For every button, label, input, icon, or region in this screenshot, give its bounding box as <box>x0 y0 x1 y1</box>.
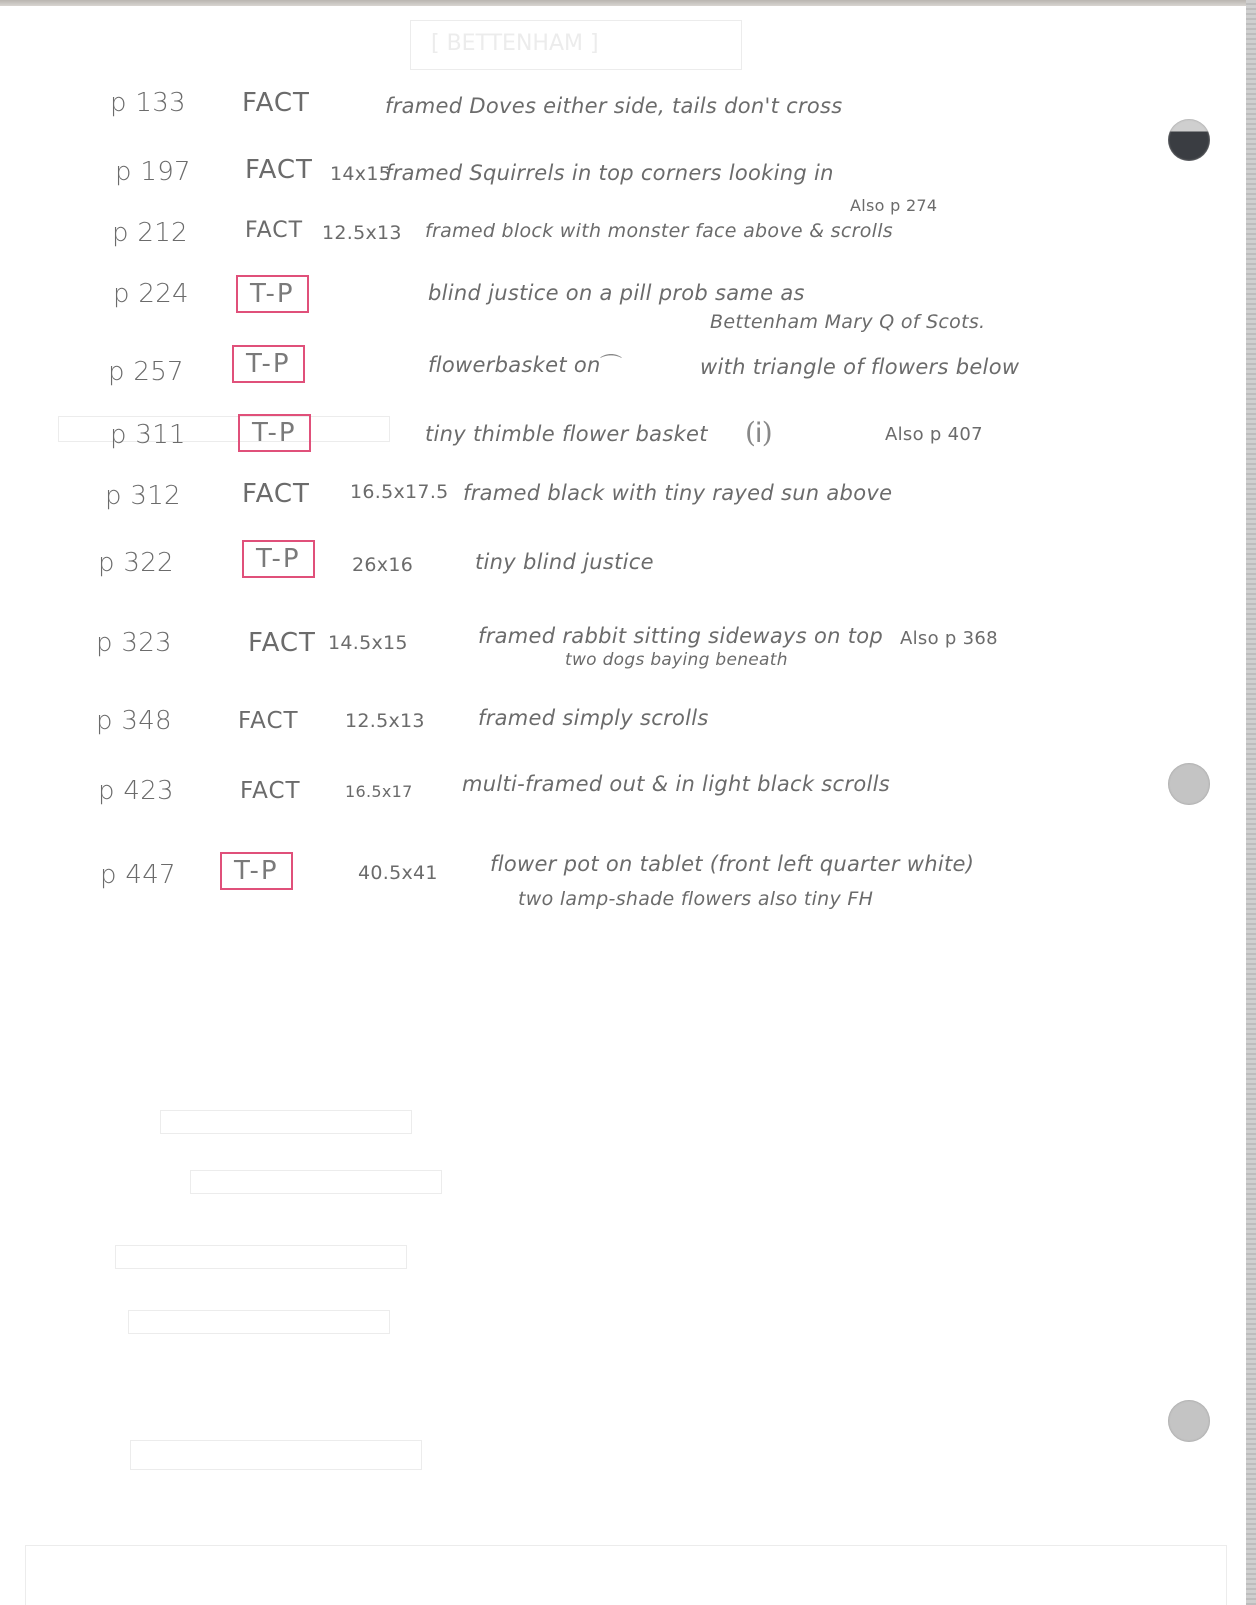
entry-page: p 257 <box>108 357 184 387</box>
entry-page: p 197 <box>115 157 191 187</box>
entry-type-tp-badge: T-P <box>242 540 315 578</box>
entry-row: p 133 FACT framed Doves either side, tai… <box>0 88 1256 148</box>
faint-title: [ BETTENHAM ] <box>431 31 599 56</box>
ghost-box <box>115 1245 407 1269</box>
entry-size: 16.5x17 <box>345 782 413 801</box>
entry-also: Also p 368 <box>900 628 998 649</box>
entry-type-tp-badge: T-P <box>232 345 305 383</box>
thimble-basket-sketch-icon: (Ꭵ) <box>745 416 773 450</box>
entry-description: blind justice on a pill prob same as <box>428 281 805 305</box>
entry-description: framed Doves either side, tails don't cr… <box>385 94 843 118</box>
entry-description: tiny blind justice <box>475 550 654 574</box>
entry-page: p 133 <box>110 88 186 118</box>
entry-description: flower pot on tablet (front left quarter… <box>490 852 974 876</box>
flowerbasket-sketch-icon: ⌒ <box>600 349 622 380</box>
entry-description-after: with triangle of flowers below <box>700 355 1019 379</box>
entry-description: framed simply scrolls <box>478 706 709 730</box>
entry-description: flowerbasket on <box>428 353 601 377</box>
entry-description-line2: two lamp-shade flowers also tiny FH <box>518 888 873 910</box>
entry-page: p 348 <box>96 706 172 736</box>
entry-row: p 311 T-P tiny thimble flower basket (Ꭵ)… <box>0 410 1256 470</box>
ghost-box <box>25 1545 1227 1605</box>
entry-row: p 312 FACT 16.5x17.5 framed black with t… <box>0 475 1256 535</box>
entry-type: FACT <box>240 778 301 804</box>
entry-type-tp-badge: T-P <box>220 852 293 890</box>
entry-row: p 197 FACT 14x15 framed Squirrels in top… <box>0 155 1256 215</box>
entry-type: FACT <box>238 708 299 734</box>
ghost-box <box>190 1170 442 1194</box>
entry-description: framed rabbit sitting sideways on top <box>478 624 883 648</box>
entry-page: p 423 <box>98 776 174 806</box>
entry-size: 14x15 <box>330 163 391 185</box>
faint-title-box: [ BETTENHAM ] <box>410 20 742 70</box>
entry-size: 12.5x13 <box>345 710 425 732</box>
entry-size: 16.5x17.5 <box>350 481 449 503</box>
entry-row: p 257 T-P flowerbasket on ⌒ with triangl… <box>0 345 1256 405</box>
entry-page: p 311 <box>110 420 186 450</box>
entry-type-tp-badge: T-P <box>238 414 311 452</box>
entry-page: p 212 <box>112 218 188 248</box>
ghost-box <box>128 1310 390 1334</box>
entry-type: FACT <box>245 218 303 243</box>
scan-top-edge <box>0 0 1256 6</box>
entry-description: framed Squirrels in top corners looking … <box>385 161 834 185</box>
entry-type: FACT <box>245 155 313 185</box>
entry-page: p 447 <box>100 860 176 890</box>
entry-description: framed block with monster face above & s… <box>425 220 893 242</box>
entry-description-line2: Bettenham Mary Q of Scots. <box>710 311 985 333</box>
entry-type: FACT <box>242 88 310 118</box>
entry-row: p 447 T-P 40.5x41 flower pot on tablet (… <box>0 848 1256 918</box>
entry-row: p 212 FACT 12.5x13 framed block with mon… <box>0 210 1256 270</box>
entry-page: p 323 <box>96 628 172 658</box>
entry-page: p 322 <box>98 548 174 578</box>
entry-row: p 323 FACT 14.5x15 framed rabbit sitting… <box>0 620 1256 680</box>
entry-row: p 322 T-P 26x16 tiny blind justice <box>0 540 1256 600</box>
entry-type: FACT <box>248 628 316 658</box>
entry-description: tiny thimble flower basket <box>425 422 708 446</box>
entry-type: FACT <box>242 479 310 509</box>
entry-size: 40.5x41 <box>358 862 438 884</box>
entry-description: framed black with tiny rayed sun above <box>463 481 892 505</box>
entry-size: 14.5x15 <box>328 632 408 654</box>
entry-size: 12.5x13 <box>322 222 402 244</box>
entry-size: 26x16 <box>352 554 413 576</box>
entry-row: p 423 FACT 16.5x17 multi-framed out & in… <box>0 770 1256 830</box>
entry-description: multi-framed out & in light black scroll… <box>462 772 890 796</box>
entry-also: Also p 274 <box>850 196 937 215</box>
entry-also: Also p 407 <box>885 424 983 445</box>
ghost-box <box>160 1110 412 1134</box>
entry-page: p 224 <box>113 279 189 309</box>
punch-hole <box>1168 1400 1210 1442</box>
entry-page: p 312 <box>105 481 181 511</box>
entry-description-line2: two dogs baying beneath <box>565 650 788 670</box>
entry-row: p 224 T-P blind justice on a pill prob s… <box>0 275 1256 345</box>
entry-row: p 348 FACT 12.5x13 framed simply scrolls <box>0 700 1256 760</box>
entry-type-tp-badge: T-P <box>236 275 309 313</box>
ghost-box <box>130 1440 422 1470</box>
